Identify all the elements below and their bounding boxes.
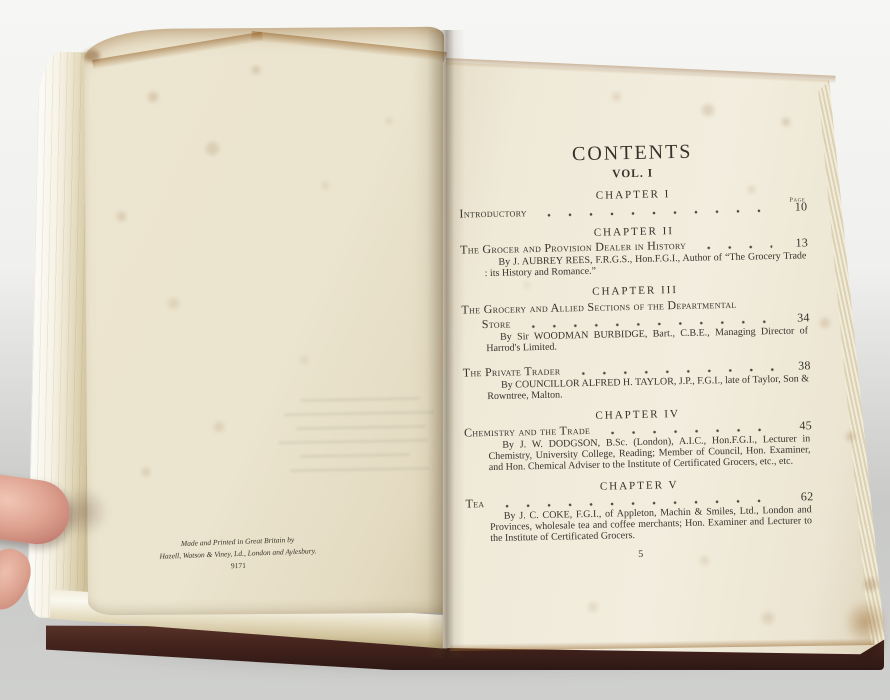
toc-title-line2: Store: [482, 317, 511, 331]
foxing-spot: [820, 318, 830, 328]
foxing-spot: [84, 50, 100, 62]
toc-title: Tea: [465, 497, 484, 510]
foxing-spot: [117, 212, 126, 221]
page-edge-toning: [845, 598, 887, 646]
foxing-spot: [322, 182, 329, 189]
open-book-photo: Made and Printed in Great Britain by Haz…: [0, 0, 890, 700]
contents-block: CONTENTS VOL. I Page CHAPTER I Introduct…: [458, 138, 815, 585]
toc-page-number: 62: [783, 490, 813, 504]
dot-leader: [696, 240, 772, 252]
toc-page-number: 34: [780, 311, 810, 325]
toc-entry: CHAPTER II The Grocer and Provision Deal…: [460, 223, 809, 280]
toc-entry: CHAPTER V Tea 62 By J. C. COKE, F.G.I., …: [465, 477, 814, 545]
page-column-label: Page: [789, 196, 805, 203]
left-blank-page: [84, 27, 448, 615]
toc-byline: By J. W. DODGSON, B.Sc. (London), A.I.C.…: [488, 433, 811, 473]
foxing-spot: [300, 356, 308, 364]
toc-entry: CHAPTER IV Chemistry and the Trade 45 By…: [464, 406, 813, 474]
folio-page-number: 5: [467, 545, 815, 563]
toc-title: Chemistry and the Trade: [464, 424, 590, 440]
foxing-spot: [612, 92, 621, 101]
book-gutter-shadow: [427, 30, 465, 658]
toc-page-number: 13: [778, 236, 808, 250]
foxing-spot: [782, 118, 790, 126]
foxing-spot: [142, 468, 150, 476]
foxing-spot: [386, 118, 392, 124]
toc-page-number: 38: [781, 360, 811, 374]
toc-title: The Private Trader: [463, 365, 561, 380]
toc-entry: CHAPTER III The Grocery and Allied Secti…: [461, 283, 810, 355]
foxing-spot: [762, 612, 774, 624]
foxing-spot: [252, 66, 260, 74]
foxing-spot: [846, 432, 855, 441]
toc-title: Introductory: [459, 206, 527, 220]
printer-imprint: Made and Printed in Great Britain by Haz…: [137, 533, 338, 576]
foxing-spot: [702, 104, 714, 116]
toc-entry: CHAPTER I Introductory 10: [459, 186, 807, 220]
foxing-spot: [588, 602, 598, 612]
toc-byline: By J. C. COKE, F.G.I., of Appleton, Mach…: [490, 504, 813, 544]
toc-page-number: 45: [782, 419, 812, 433]
toc-entry: The Private Trader 38 By COUNCILLOR ALFR…: [463, 360, 812, 404]
foxing-spot: [168, 298, 179, 309]
foxing-spot: [148, 92, 158, 102]
foxing-spot: [864, 578, 877, 591]
dot-leader: [537, 204, 772, 219]
foxing-spot: [206, 142, 219, 155]
foxing-spot: [214, 422, 224, 432]
